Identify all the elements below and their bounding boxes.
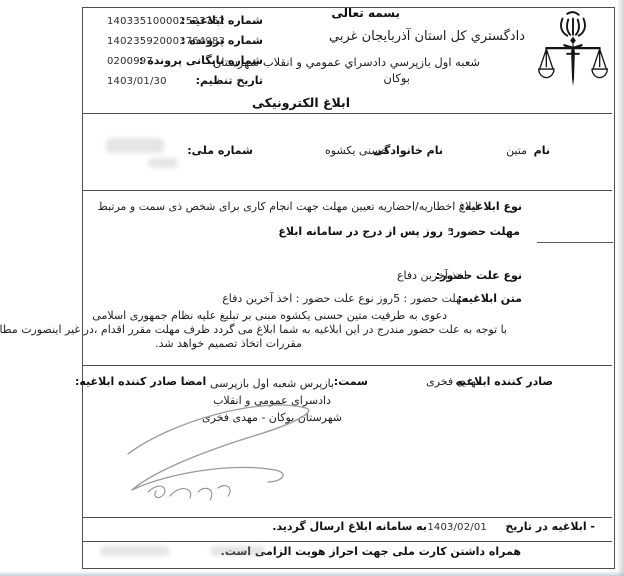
scan-artifact — [210, 546, 265, 556]
scan-artifact — [106, 138, 164, 153]
body-line-2: دعوی به طرفیت متین حسنی یکشوه مبنی بر تب… — [92, 309, 447, 322]
sent-date: 1403/02/01 — [427, 521, 487, 534]
org-title-line1: دادگستري کل استان آذربايجان غربي — [329, 30, 525, 43]
notification-number-value: 140335100002523762 — [107, 15, 225, 28]
scan-artifact — [100, 546, 170, 556]
org-title-line3: بوکان — [383, 72, 410, 85]
notification-type-value: ابلاغ اخطاریه/احضاریه تعیین مهلت جهت انج… — [98, 200, 478, 213]
deadline-label: مهلت حضور: — [450, 225, 520, 238]
scan-artifact — [148, 158, 178, 168]
issue-date-label: تاریخ تنظیم: — [196, 74, 263, 87]
last-name-value: حسنی یکشوه — [325, 144, 388, 157]
deadline-number: 5 — [447, 226, 454, 239]
deadline-suffix: روز پس از درج در سامانه ابلاغ — [278, 225, 443, 238]
divider-under-person — [83, 190, 612, 191]
issuer-name: مهدی فخری — [426, 375, 482, 388]
sent-row-prefix: - ابلاغیه در تاریخ — [505, 520, 595, 533]
scan-edge-right — [617, 0, 624, 576]
body-line-3: با توجه به علت حضور مندرج در این ابلاغیه… — [0, 323, 507, 336]
first-name-label: نام — [534, 144, 550, 157]
org-title-line2: شعبه اول بازپرسي دادسراي عمومي و انقلاب … — [213, 56, 480, 69]
case-number-value: 140235920003764983 — [107, 35, 225, 48]
divider-under-title — [83, 113, 612, 114]
national-id-label: شماره ملی: — [187, 144, 253, 157]
sent-row-suffix: به سامانه ابلاغ ارسال گردید. — [272, 520, 427, 533]
scanned-notification-document: شماره ابلاغیه : 140335100002523762 شماره… — [0, 0, 624, 576]
id-card-note: همراه داشتن کارت ملی جهت احراز هویت الزا… — [221, 545, 521, 558]
iran-judiciary-emblem-icon — [538, 10, 608, 90]
body-line-4: مقررات اتخاذ تصمیم خواهد شد. — [155, 337, 302, 350]
body-line-1: مهلت حضور : 5روز نوع علت حضور : اخذ آخری… — [222, 292, 467, 305]
reason-value: اخذ آخرین دفاع — [397, 269, 467, 282]
body-label: متن ابلاغیه: — [458, 292, 522, 305]
divider-fragment — [537, 242, 613, 243]
signature-label: امضا صادر کننده ابلاغیه: — [75, 375, 206, 388]
divider-above-note-row — [83, 541, 612, 542]
handwritten-signature — [110, 392, 340, 510]
bismillah-text: بسمه تعالی — [331, 7, 400, 20]
divider-under-body — [83, 365, 612, 366]
issue-date-value: 1403/01/30 — [107, 75, 167, 88]
first-name-value: متین — [506, 144, 527, 157]
scan-edge-bottom — [0, 571, 624, 576]
divider-above-sent-row — [83, 517, 612, 518]
document-title: ابلاغ الکترونیکی — [252, 96, 350, 109]
archive-number-value: 0200997 — [107, 55, 153, 68]
